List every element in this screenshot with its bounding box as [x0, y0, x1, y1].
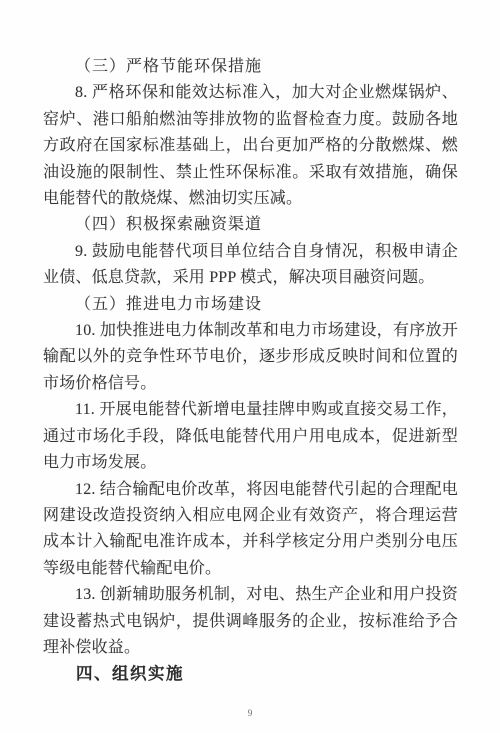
paragraph: 11. 开展电能替代新增电量挂牌申购或直接交易工作，通过市场化手段，降低电能替代…: [43, 397, 458, 476]
section-subheading: （五）推进电力市场建设: [43, 292, 458, 318]
document-page: （三）严格节能环保措施 8. 严格环保和能效达标准入，加大对企业燃煤锅炉、窑炉、…: [0, 0, 500, 733]
document-text-block: （三）严格节能环保措施 8. 严格环保和能效达标准入，加大对企业燃煤锅炉、窑炉、…: [43, 54, 458, 688]
paragraph: 10. 加快推进电力体制改革和电力市场建设，有序放开输配以外的竞争性环节电价，逐…: [43, 318, 458, 397]
paragraph: 9. 鼓励电能替代项目单位结合自身情况，积极申请企业债、低息贷款，采用 PPP …: [43, 239, 458, 292]
paragraph: 12. 结合输配电价改革，将因电能替代引起的合理配电网建设改造投资纳入相应电网企…: [43, 477, 458, 583]
page-number: 9: [0, 708, 500, 718]
paragraph: 8. 严格环保和能效达标准入，加大对企业燃煤锅炉、窑炉、港口船舶燃油等排放物的监…: [43, 80, 458, 212]
section-heading: 四、组织实施: [43, 661, 458, 687]
section-subheading: （四）积极探索融资渠道: [43, 212, 458, 238]
section-subheading: （三）严格节能环保措施: [43, 54, 458, 80]
paragraph: 13. 创新辅助服务机制，对电、热生产企业和用户投资建设蓄热式电锅炉，提供调峰服…: [43, 582, 458, 661]
